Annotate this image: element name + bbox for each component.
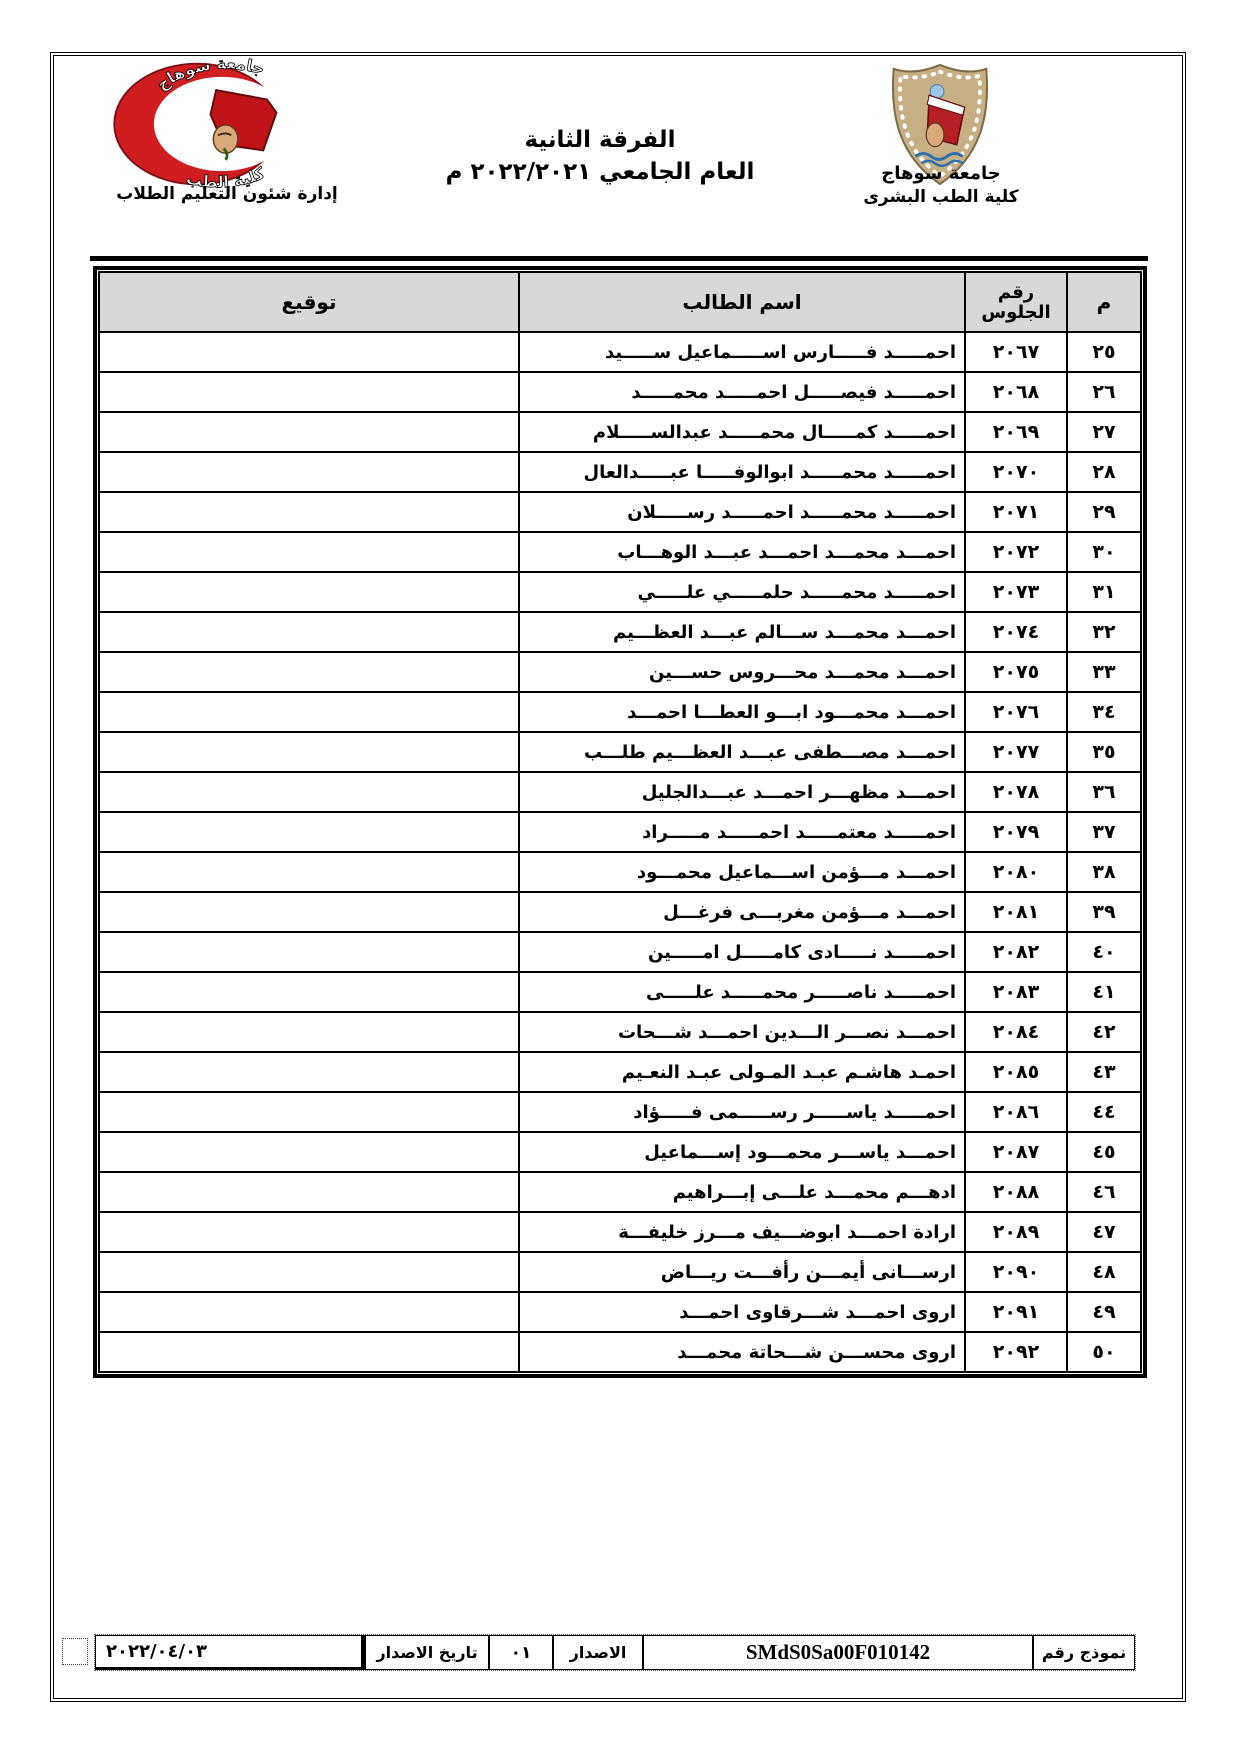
table-row: ٢٦ ٢٠٦٨ احمـــــد فيصـــــل احمـــــد مح… <box>99 372 1141 412</box>
issue-date-label: تاريخ الاصدار <box>365 1635 489 1670</box>
signature-cell <box>99 372 519 412</box>
signature-cell <box>99 652 519 692</box>
table-row: ٣٥ ٢٠٧٧ احمـــد مصـــطفى عبـــد العظـــي… <box>99 732 1141 772</box>
signature-cell <box>99 1332 519 1372</box>
issue-date-value: ٢٠٢٢/٠٤/٠٣ <box>95 1635 365 1670</box>
table-row: ٣٢ ٢٠٧٤ احمـــد محمـــد ســـالم عبـــد ا… <box>99 612 1141 652</box>
row-index: ٣٢ <box>1067 612 1141 652</box>
table-row: ٤١ ٢٠٨٣ احمـــــد ناصـــــر محمـــــد عل… <box>99 972 1141 1012</box>
signature-cell <box>99 532 519 572</box>
signature-cell <box>99 732 519 772</box>
signature-cell <box>99 892 519 932</box>
department-label: إدارة شئون التعليم الطلاب <box>98 184 356 204</box>
table-row: ٤٢ ٢٠٨٤ احمـــد نصـــر الـــدين احمـــد … <box>99 1012 1141 1052</box>
row-index: ٤٦ <box>1067 1172 1141 1212</box>
student-name: احمـــد مصـــطفى عبـــد العظـــيم طلـــب <box>519 732 965 772</box>
seat-number: ٢٠٧٠ <box>965 452 1067 492</box>
student-name: احمـــد ياســـر محمـــود إســـماعيل <box>519 1132 965 1172</box>
student-name: ارســـانى أيمـــن رأفـــت ريـــاض <box>519 1252 965 1292</box>
form-number-value: SMdS0Sa00F010142 <box>643 1635 1033 1670</box>
student-name: احمـــد نصـــر الـــدين احمـــد شـــحات <box>519 1012 965 1052</box>
signature-cell <box>99 852 519 892</box>
row-index: ٤١ <box>1067 972 1141 1012</box>
table-row: ٣٤ ٢٠٧٦ احمـــد محمـــود ابـــو العطـــا… <box>99 692 1141 732</box>
student-name: احمـــد محمـــد محـــروس حســـين <box>519 652 965 692</box>
row-index: ٣٦ <box>1067 772 1141 812</box>
signature-cell <box>99 332 519 372</box>
column-header-student-name: اسم الطالب <box>519 272 965 332</box>
document-page: جامعة سوهاج كلية الطب إدارة شئون التعليم… <box>0 0 1240 1754</box>
row-index: ٢٥ <box>1067 332 1141 372</box>
table-row: ٤٥ ٢٠٨٧ احمـــد ياســـر محمـــود إســـما… <box>99 1132 1141 1172</box>
table-header-row: م رقم الجلوس اسم الطالب توقيع <box>99 272 1141 332</box>
row-index: ٤٤ <box>1067 1092 1141 1132</box>
footer-empty-box <box>62 1638 88 1665</box>
seat-number: ٢٠٧٩ <box>965 812 1067 852</box>
seat-number: ٢٠٨٩ <box>965 1212 1067 1252</box>
seat-number: ٢٠٨٢ <box>965 932 1067 972</box>
seat-number: ٢٠٧٤ <box>965 612 1067 652</box>
student-name: احمـــد مـــؤمن اســـماعيل محمـــود <box>519 852 965 892</box>
row-index: ٣٩ <box>1067 892 1141 932</box>
seat-number: ٢٠٧٣ <box>965 572 1067 612</box>
seat-number: ٢٠٩١ <box>965 1292 1067 1332</box>
table-row: ٣٠ ٢٠٧٢ احمـــد محمـــد احمـــد عبـــد ا… <box>99 532 1141 572</box>
table-row: ٤٨ ٢٠٩٠ ارســـانى أيمـــن رأفـــت ريـــا… <box>99 1252 1141 1292</box>
table-row: ٢٩ ٢٠٧١ احمـــــد محمـــــد احمـــــد رس… <box>99 492 1141 532</box>
student-name: احمـــــد محمـــــد حلمـــــي علـــــي <box>519 572 965 612</box>
signature-cell <box>99 692 519 732</box>
signature-cell <box>99 932 519 972</box>
signature-cell <box>99 812 519 852</box>
column-header-signature: توقيع <box>99 272 519 332</box>
footer-form-bar: نموذج رقم SMdS0Sa00F010142 الاصدار ٠١ تا… <box>94 1634 1136 1671</box>
row-index: ٢٩ <box>1067 492 1141 532</box>
table-row: ٣١ ٢٠٧٣ احمـــــد محمـــــد حلمـــــي عل… <box>99 572 1141 612</box>
signature-cell <box>99 492 519 532</box>
row-index: ٢٨ <box>1067 452 1141 492</box>
seat-number: ٢٠٧٧ <box>965 732 1067 772</box>
student-name: احمـــــد ياســـــر رســـــمى فـــــؤاد <box>519 1092 965 1132</box>
signature-cell <box>99 972 519 1012</box>
table-top-rule <box>90 256 1148 261</box>
signature-cell <box>99 1132 519 1172</box>
students-table: م رقم الجلوس اسم الطالب توقيع ٢٥ ٢٠٦٧ اح… <box>98 271 1142 1373</box>
faculty-name: كلية الطب البشرى <box>843 186 1039 209</box>
university-name: جامعة سوهاج <box>843 162 1039 186</box>
row-index: ٤٠ <box>1067 932 1141 972</box>
row-index: ٣٨ <box>1067 852 1141 892</box>
seat-number: ٢٠٧٢ <box>965 532 1067 572</box>
student-name: احمـــد محمـــد ســـالم عبـــد العظـــيم <box>519 612 965 652</box>
seat-number: ٢٠٧٨ <box>965 772 1067 812</box>
student-name: احمـــــد فـــــارس اســـــماعيل ســـــي… <box>519 332 965 372</box>
version-label: الاصدار <box>553 1635 643 1670</box>
seat-number: ٢٠٨٠ <box>965 852 1067 892</box>
row-index: ٤٨ <box>1067 1252 1141 1292</box>
table-row: ٣٧ ٢٠٧٩ احمـــــد معتمـــــد احمـــــد م… <box>99 812 1141 852</box>
student-name: احمـــــد محمـــــد ابوالوفـــــا عبــــ… <box>519 452 965 492</box>
column-header-seat-number: رقم الجلوس <box>965 272 1067 332</box>
table-row: ٤٦ ٢٠٨٨ ادهـــم محمـــد علـــى إبـــراهي… <box>99 1172 1141 1212</box>
table-row: ٢٨ ٢٠٧٠ احمـــــد محمـــــد ابوالوفـــــ… <box>99 452 1141 492</box>
row-index: ٥٠ <box>1067 1332 1141 1372</box>
seat-number: ٢٠٧٦ <box>965 692 1067 732</box>
signature-cell <box>99 1012 519 1052</box>
seat-number: ٢٠٧١ <box>965 492 1067 532</box>
seat-number: ٢٠٨٣ <box>965 972 1067 1012</box>
page-title-block: الفرقة الثانية العام الجامعي ٢٠٢٢/٢٠٢١ م <box>430 126 770 190</box>
seat-number: ٢٠٨٧ <box>965 1132 1067 1172</box>
student-name: ادهـــم محمـــد علـــى إبـــراهيم <box>519 1172 965 1212</box>
signature-cell <box>99 1252 519 1292</box>
student-name: احمـد هاشـم عبـد المـولى عبـد النعـيم <box>519 1052 965 1092</box>
seat-number: ٢٠٨١ <box>965 892 1067 932</box>
signature-cell <box>99 1172 519 1212</box>
university-name-block: جامعة سوهاج كلية الطب البشرى <box>843 162 1039 209</box>
row-index: ٣٧ <box>1067 812 1141 852</box>
seat-number: ٢٠٩٠ <box>965 1252 1067 1292</box>
signature-cell <box>99 1292 519 1332</box>
seat-number: ٢٠٨٦ <box>965 1092 1067 1132</box>
signature-cell <box>99 572 519 612</box>
table-row: ٤٤ ٢٠٨٦ احمـــــد ياســـــر رســـــمى فـ… <box>99 1092 1141 1132</box>
student-name: احمـــــد كمـــــال محمـــــد عبدالســــ… <box>519 412 965 452</box>
table-row: ٤٧ ٢٠٨٩ ارادة احمـــد ابوضـــيف مـــرز خ… <box>99 1212 1141 1252</box>
signature-cell <box>99 1052 519 1092</box>
row-index: ٤٩ <box>1067 1292 1141 1332</box>
student-name: احمـــــد نـــــادى كامـــــل امـــــين <box>519 932 965 972</box>
table-row: ٥٠ ٢٠٩٢ اروى محســـن شـــحاتة محمـــد <box>99 1332 1141 1372</box>
student-name: اروى محســـن شـــحاتة محمـــد <box>519 1332 965 1372</box>
student-name: احمـــــد محمـــــد احمـــــد رســـــلان <box>519 492 965 532</box>
table-row: ٤٩ ٢٠٩١ اروى احمـــد شـــرقاوى احمـــد <box>99 1292 1141 1332</box>
row-index: ٣٣ <box>1067 652 1141 692</box>
row-index: ٤٧ <box>1067 1212 1141 1252</box>
faculty-crescent-logo-icon: جامعة سوهاج كلية الطب <box>98 58 338 190</box>
table-row: ٤٣ ٢٠٨٥ احمـد هاشـم عبـد المـولى عبـد ال… <box>99 1052 1141 1092</box>
form-number-label: نموذج رقم <box>1033 1635 1135 1670</box>
student-name: احمـــد مـــؤمن مغربـــى فرغـــل <box>519 892 965 932</box>
signature-cell <box>99 452 519 492</box>
row-index: ٣٥ <box>1067 732 1141 772</box>
student-name: ارادة احمـــد ابوضـــيف مـــرز خليفـــة <box>519 1212 965 1252</box>
seat-label-line1: رقم <box>967 283 1065 303</box>
row-index: ٣٤ <box>1067 692 1141 732</box>
table-row: ٣٨ ٢٠٨٠ احمـــد مـــؤمن اســـماعيل محمــ… <box>99 852 1141 892</box>
signature-cell <box>99 612 519 652</box>
student-name: احمـــد محمـــود ابـــو العطـــا احمـــد <box>519 692 965 732</box>
row-index: ٢٧ <box>1067 412 1141 452</box>
signature-cell <box>99 1212 519 1252</box>
row-index: ٣٠ <box>1067 532 1141 572</box>
student-name: احمـــــد فيصـــــل احمـــــد محمـــــد <box>519 372 965 412</box>
row-index: ٢٦ <box>1067 372 1141 412</box>
student-name: احمـــد محمـــد احمـــد عبـــد الوهـــاب <box>519 532 965 572</box>
student-name: احمـــــد معتمـــــد احمـــــد مـــــراد <box>519 812 965 852</box>
signature-cell <box>99 412 519 452</box>
table-row: ٣٣ ٢٠٧٥ احمـــد محمـــد محـــروس حســـين <box>99 652 1141 692</box>
row-index: ٤٢ <box>1067 1012 1141 1052</box>
signature-cell <box>99 1092 519 1132</box>
seat-number: ٢٠٨٥ <box>965 1052 1067 1092</box>
table-row: ٣٦ ٢٠٧٨ احمـــد مظهـــر احمـــد عبـــدال… <box>99 772 1141 812</box>
seat-number: ٢٠٦٩ <box>965 412 1067 452</box>
grade-title: الفرقة الثانية <box>430 126 770 155</box>
seat-number: ٢٠٧٥ <box>965 652 1067 692</box>
table-row: ٢٥ ٢٠٦٧ احمـــــد فـــــارس اســـــماعيل… <box>99 332 1141 372</box>
table-row: ٤٠ ٢٠٨٢ احمـــــد نـــــادى كامـــــل ام… <box>99 932 1141 972</box>
students-table-wrapper: م رقم الجلوس اسم الطالب توقيع ٢٥ ٢٠٦٧ اح… <box>93 266 1147 1378</box>
student-name: احمـــــد ناصـــــر محمـــــد علـــــى <box>519 972 965 1012</box>
seat-number: ٢٠٨٤ <box>965 1012 1067 1052</box>
row-index: ٤٣ <box>1067 1052 1141 1092</box>
seat-number: ٢٠٦٧ <box>965 332 1067 372</box>
student-name: احمـــد مظهـــر احمـــد عبـــدالجليل <box>519 772 965 812</box>
seat-number: ٢٠٦٨ <box>965 372 1067 412</box>
signature-cell <box>99 772 519 812</box>
seat-number: ٢٠٨٨ <box>965 1172 1067 1212</box>
row-index: ٤٥ <box>1067 1132 1141 1172</box>
seat-number: ٢٠٩٢ <box>965 1332 1067 1372</box>
column-header-index: م <box>1067 272 1141 332</box>
academic-year-title: العام الجامعي ٢٠٢٢/٢٠٢١ م <box>430 155 770 191</box>
table-row: ٣٩ ٢٠٨١ احمـــد مـــؤمن مغربـــى فرغـــل <box>99 892 1141 932</box>
student-name: اروى احمـــد شـــرقاوى احمـــد <box>519 1292 965 1332</box>
seat-label-line2: الجلوس <box>967 303 1065 323</box>
version-value: ٠١ <box>489 1635 553 1670</box>
row-index: ٣١ <box>1067 572 1141 612</box>
table-row: ٢٧ ٢٠٦٩ احمـــــد كمـــــال محمـــــد عب… <box>99 412 1141 452</box>
